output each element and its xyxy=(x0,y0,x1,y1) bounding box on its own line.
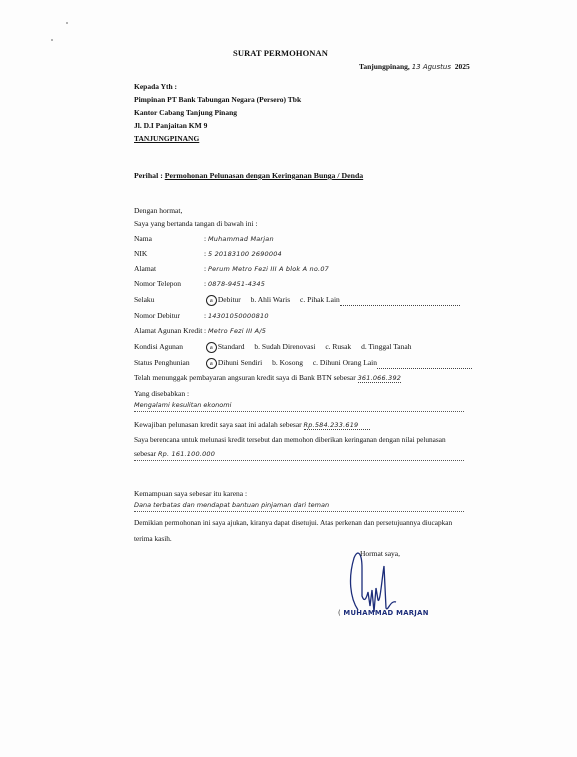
field-alamat: Alamat: Perum Metro Fezi III A blok A no… xyxy=(134,262,329,275)
field-label: NIK xyxy=(134,247,204,260)
field-label: Selaku xyxy=(134,293,204,306)
letter-title: SURAT PERMOHONAN xyxy=(233,48,328,58)
date-year: 2025 xyxy=(455,62,470,71)
field-value: 0878-9451-4345 xyxy=(208,280,265,288)
option: b. Sudah Direnovasi xyxy=(254,342,315,351)
date-handwritten: 13 Agustus xyxy=(412,63,451,71)
field-label: Status Penghunian xyxy=(134,356,204,369)
recipient-greeting: Kepada Yth : xyxy=(134,80,301,93)
salutation: Dengan hormat, xyxy=(134,204,182,217)
sign-off: Hormat saya, xyxy=(360,549,400,558)
field-nomor-debitur: Nomor Debitur: 14301050000810 xyxy=(134,309,269,322)
subject-label: Perihal : xyxy=(134,171,165,180)
recipient-line3: Jl. D.I Panjaitan KM 9 xyxy=(134,119,301,132)
selected-circle: a xyxy=(206,295,217,306)
field-value: 5 20183100 2690004 xyxy=(208,250,282,258)
plan-value: Rp. 161.100.000 xyxy=(158,450,215,458)
field-selaku: Selaku aDebitur b. Ahli Waris c. Pihak L… xyxy=(134,293,460,306)
option: b. Kosong xyxy=(272,358,303,367)
field-label: Nama xyxy=(134,232,204,245)
ability-value: Dana terbatas dan mendapat bantuan pinja… xyxy=(134,499,464,512)
field-nama: Nama: Muhammad Marjan xyxy=(134,232,274,245)
cause-value: Mengalami kesulitan ekonomi xyxy=(134,399,464,412)
scan-speck xyxy=(66,22,68,24)
plan-line: sebesar Rp. 161.100.000 xyxy=(134,447,464,461)
plan-prefix: sebesar xyxy=(134,449,156,458)
field-value: Perum Metro Fezi III A blok A no.07 xyxy=(208,265,329,273)
recipient-line1: Pimpinan PT Bank Tabungan Negara (Perser… xyxy=(134,93,301,106)
option: Dihuni Sendiri xyxy=(218,358,262,367)
scan-speck xyxy=(51,39,53,41)
signer-text: MUHAMMAD MARJAN xyxy=(343,609,428,617)
field-label: Nomor Telepon xyxy=(134,277,204,290)
option: c. Rusak xyxy=(325,342,351,351)
option: c. Pihak Lain xyxy=(300,295,340,304)
dotted-line xyxy=(340,296,460,306)
option: Debitur xyxy=(218,295,241,304)
closing-line-2: terima kasih. xyxy=(134,532,172,545)
field-kondisi-agunan: Kondisi Agunan aStandard b. Sudah Direno… xyxy=(134,340,411,353)
field-label: Kondisi Agunan xyxy=(134,340,204,353)
recipient-city: TANJUNGPINANG xyxy=(134,132,301,145)
field-alamat-agunan: Alamat Agunan Kredit: Metro Fezi III A/5 xyxy=(134,324,266,337)
recipient-block: Kepada Yth : Pimpinan PT Bank Tabungan N… xyxy=(134,80,301,145)
closing-line-1: Demikian permohonan ini saya ajukan, kir… xyxy=(134,516,452,529)
option: d. Tinggal Tanah xyxy=(361,342,411,351)
subject-text: Permohonan Pelunasan dengan Keringanan B… xyxy=(165,171,363,180)
signer-name: ( MUHAMMAD MARJAN xyxy=(338,609,429,617)
letter-date: Tanjungpinang, 13 Agustus 2025 xyxy=(359,62,470,71)
plan-text: Saya berencana untuk melunasi kredit ter… xyxy=(134,433,446,446)
obligation-text: Kewajiban pelunasan kredit saya saat ini… xyxy=(134,420,302,429)
obligation-line: Kewajiban pelunasan kredit saya saat ini… xyxy=(134,418,370,431)
option: b. Ahli Waris xyxy=(251,295,290,304)
field-nik: NIK: 5 20183100 2690004 xyxy=(134,247,282,260)
field-value: Muhammad Marjan xyxy=(208,235,274,243)
recipient-line2: Kantor Cabang Tanjung Pinang xyxy=(134,106,301,119)
date-place: Tanjungpinang, xyxy=(359,62,412,71)
arrears-value: 361.066.392 xyxy=(358,374,402,383)
subject-line: Perihal : Permohonan Pelunasan dengan Ke… xyxy=(134,171,363,180)
field-label: Alamat xyxy=(134,262,204,275)
field-label: Nomor Debitur xyxy=(134,309,204,322)
arrears-line: Telah menunggak pembayaran angsuran kred… xyxy=(134,371,401,384)
obligation-value: Rp.584.233.619 xyxy=(304,421,371,430)
selected-circle: a xyxy=(206,342,217,353)
dotted-line xyxy=(377,359,472,369)
field-telepon: Nomor Telepon: 0878-9451-4345 xyxy=(134,277,265,290)
field-status-penghunian: Status Penghunian aDihuni Sendiri b. Kos… xyxy=(134,356,472,369)
field-value: 14301050000810 xyxy=(208,312,269,320)
field-label: Alamat Agunan Kredit xyxy=(134,324,204,337)
field-value: Metro Fezi III A/5 xyxy=(208,327,266,335)
option: Standard xyxy=(218,342,245,351)
option: c. Dihuni Orang Lain xyxy=(313,358,377,367)
intro: Saya yang bertanda tangan di bawah ini : xyxy=(134,217,258,230)
selected-circle: a xyxy=(206,358,217,369)
arrears-text: Telah menunggak pembayaran angsuran kred… xyxy=(134,373,356,382)
